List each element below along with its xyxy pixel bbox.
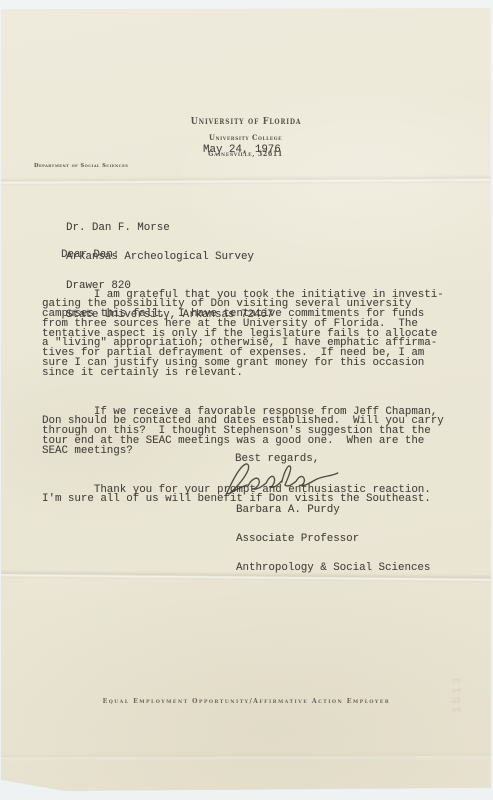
letter-date: May 24, 1976 — [203, 146, 281, 156]
letter-page: University of Florida University College… — [1, 8, 491, 791]
department-line: Department of Social Sciences — [34, 163, 128, 169]
footer-eeo-text: Equal Employment Opportunity/Affirmative… — [102, 697, 390, 705]
recipient-name: Dr. Dan F. Morse — [66, 224, 273, 234]
paragraph-funding: I am grateful that you took the initiati… — [42, 291, 444, 379]
signature-block: Barbara A. Purdy Associate Professor Ant… — [236, 486, 430, 593]
footer-eeo-line: Equal Employment Opportunity/Affirmative… — [1, 697, 491, 705]
faint-edge-marking: 1513 — [452, 628, 464, 713]
fold-crease-bottom — [0, 751, 493, 762]
scan-background: University of Florida University College… — [0, 0, 493, 800]
signer-name: Barbara A. Purdy — [236, 506, 430, 516]
signer-title: Associate Professor — [236, 535, 430, 545]
fold-crease-top — [0, 174, 493, 186]
salutation: Dear Dan: — [61, 251, 119, 261]
letterhead-university-name: University of Florida — [191, 117, 302, 127]
signer-department: Anthropology & Social Sciences — [236, 564, 430, 574]
paragraph-scheduling: If we receive a favorable response from … — [42, 408, 444, 457]
letterhead-college-name: University College — [209, 134, 282, 142]
